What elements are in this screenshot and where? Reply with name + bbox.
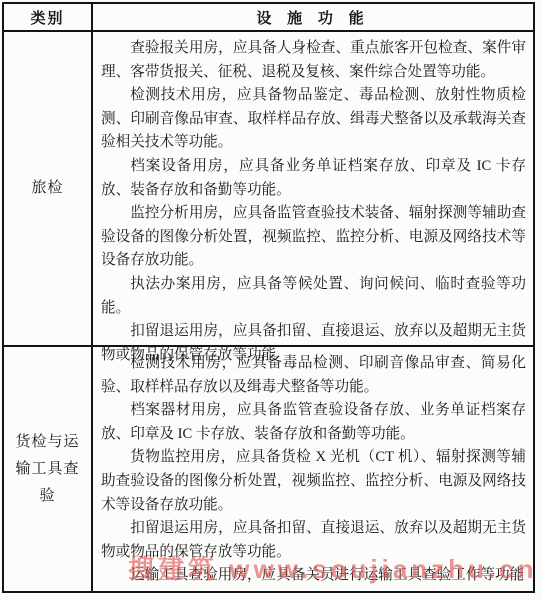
document-page: 类别 设 施 功 能 旅检 查验报关用房，应具备人身检查、重点旅客开包检查、案件… <box>0 0 542 600</box>
facility-cell-passenger-inspection: 查验报关用房，应具备人身检查、重点旅客开包检查、案件审理、客带货报关、征税、退税… <box>93 32 533 347</box>
facility-paragraph: 运输工具查验用房，应具备关员进行运输工具查验工作等功能 <box>101 564 526 588</box>
facility-paragraph: 货物监控用房，应具备货检 X 光机（CT 机）、辐射探测等辅助查验设备的图像分析… <box>101 446 526 517</box>
facility-paragraph: 查验报关用房，应具备人身检查、重点旅客开包检查、案件审理、客带货报关、征税、退税… <box>101 37 526 84</box>
facility-paragraph: 执法办案用房，应具备等候处置、询问候问、临时查验等功能。 <box>101 273 526 320</box>
facility-paragraph: 检测技术用房，应具备物品鉴定、毒品检测、放射性物质检测、印刷音像品审查、取样样品… <box>101 84 526 155</box>
header-facility-function: 设 施 功 能 <box>93 4 533 32</box>
facility-paragraph: 档案器材用房，应具备监管查验设备存放、业务单证档案存放、印章及 IC 卡存放、装… <box>101 399 526 446</box>
header-category: 类别 <box>4 4 93 32</box>
facility-paragraph: 监控分析用房，应具备监管查验技术装备、辐射探测等辅助查验设备的图像分析处置，视频… <box>101 202 526 273</box>
category-cell-passenger-inspection: 旅检 <box>4 32 93 347</box>
facility-cell-cargo-transport-inspection: 检测技术用房，应具备毒品检测、印刷音像品审查、简易化验、取样样品存放以及缉毒犬整… <box>93 347 533 591</box>
category-cell-cargo-transport-inspection: 货检与运输工具查验 <box>4 347 93 591</box>
facility-paragraph: 档案设备用房，应具备业务单证档案存放、印章及 IC 卡存放、装备存放和备勤等功能… <box>101 155 526 202</box>
facility-paragraph: 扣留退运用房，应具备扣留、直接退运、放弃以及超期无主货物或物品的保管存放等功能。 <box>101 517 526 564</box>
facility-paragraph: 检测技术用房，应具备毒品检测、印刷音像品审查、简易化验、取样样品存放以及缉毒犬整… <box>101 352 526 399</box>
facility-function-table: 类别 设 施 功 能 旅检 查验报关用房，应具备人身检查、重点旅客开包检查、案件… <box>2 2 535 593</box>
